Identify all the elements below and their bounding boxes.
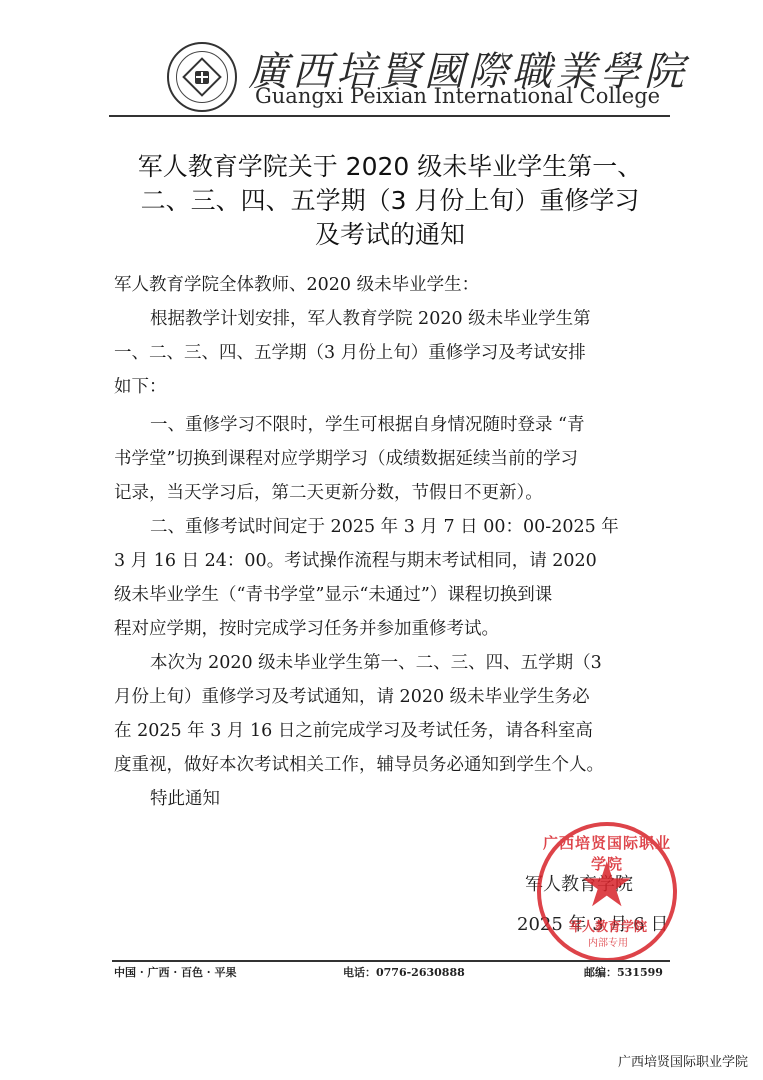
item-2-paragraph: 二、重修考试时间定于 2025 年 3 月 7 日 00：00-2025 年 3… [114,510,686,646]
star-icon: ★ [579,854,635,916]
title-line: 及考试的通知 [90,218,690,252]
salutation: 军人教育学院全体教师、2020 级未毕业学生： [114,268,686,302]
title-line: 二、三、四、五学期（3 月份上旬）重修学习 [90,184,690,218]
closing-paragraph: 本次为 2020 级未毕业学生第一、二、三、四、五学期（3 月份上旬）重修学习及… [114,646,686,782]
stamp-sub-text: 内部专用 [567,934,649,949]
footer-address: 中国 · 广西 · 百色 · 平果 [114,964,236,980]
header-divider [109,115,670,117]
title-line: 军人教育学院关于 2020 级未毕业学生第一、 [90,150,690,184]
notice-body: 军人教育学院全体教师、2020 级未毕业学生： 根据教学计划安排，军人教育学院 … [114,268,686,816]
intro-paragraph: 根据教学计划安排，军人教育学院 2020 级未毕业学生第 一、二、三、四、五学期… [114,302,686,404]
footer-divider [112,960,670,962]
sign-off: 特此通知 [114,782,686,816]
item-1-paragraph: 一、重修学习不限时，学生可根据自身情况随时登录 “青 书学堂”切换到课程对应学期… [114,408,686,510]
stamp-inner-text: 军人教育学院 [567,916,649,935]
source-watermark: 广西培贤国际职业学院 [618,1051,748,1070]
footer-phone: 电话：0776-2630888 [343,964,465,980]
college-name-en: Guangxi Peixian International College [255,84,660,108]
letterhead: 廣西培賢國際職業學院 Guangxi Peixian International… [0,0,763,120]
official-red-stamp: 广西培贤国际职业学院 ★ 军人教育学院 内部专用 [537,822,677,962]
footer-postcode: 邮编：531599 [584,964,663,980]
notice-title: 军人教育学院关于 2020 级未毕业学生第一、 二、三、四、五学期（3 月份上旬… [90,150,690,252]
college-seal-logo-icon [167,42,237,112]
